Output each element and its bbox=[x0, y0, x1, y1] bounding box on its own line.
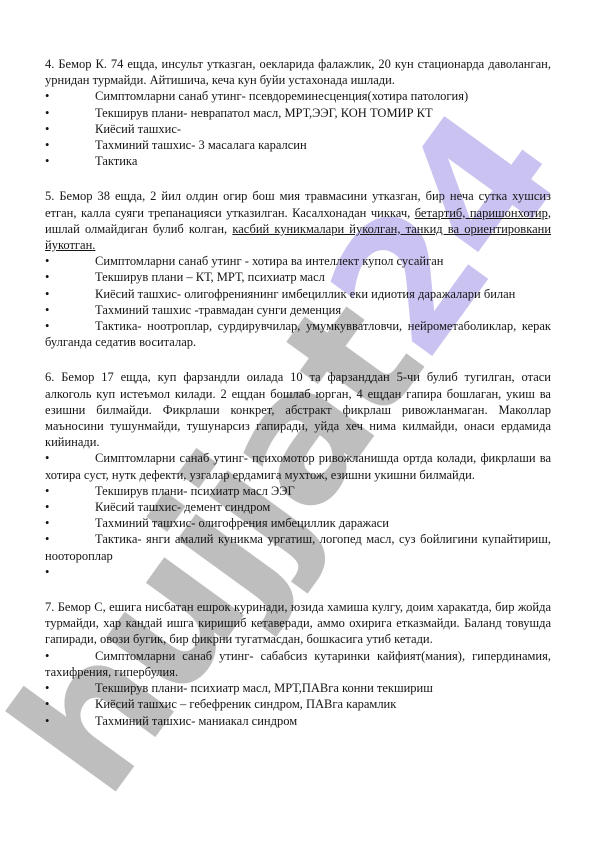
case-intro: 6. Бемор 17 ещда, куп фарзандли оилада 1… bbox=[45, 369, 551, 450]
bullet-text: Тахминий ташхис- маниакал синдром bbox=[95, 714, 297, 728]
case-intro: 4. Бемор К. 74 ещда, инсульт утказган, о… bbox=[45, 56, 551, 88]
bullet-marker-icon: • bbox=[45, 153, 49, 169]
bullet-text: Текширув плани- психиатр масл, МРТ,ПАВга… bbox=[95, 681, 433, 695]
bullet-text: Симптомларни санаб утинг- псевдореминесц… bbox=[95, 89, 468, 103]
bullet-marker-icon: • bbox=[45, 105, 49, 121]
bullet-item: •Тактика- янги амалий куникма ургатиш, л… bbox=[45, 531, 551, 563]
bullet-marker-icon: • bbox=[45, 483, 49, 499]
case-intro: 7. Бемор С, ешига нисбатан ешрок куринад… bbox=[45, 599, 551, 648]
bullet-marker-icon: • bbox=[45, 648, 49, 664]
bullet-item: •Киёсий ташхис – гебефреник синдром, ПАВ… bbox=[45, 696, 551, 712]
text-run: 4. Бемор К. 74 ещда, инсульт утказган, о… bbox=[45, 57, 551, 87]
bullet-marker-icon: • bbox=[45, 269, 49, 285]
bullet-item: •Симптомларни санаб утинг- психомотор ри… bbox=[45, 450, 551, 482]
bullet-text: Текширув плани- психиатр масл ЭЭГ bbox=[95, 484, 295, 498]
bullet-marker-icon: • bbox=[45, 680, 49, 696]
bullet-item: •Симптомларни санаб утинг - хотира ва ин… bbox=[45, 253, 551, 269]
bullet-text: Симптомларни санаб утинг- психомотор рив… bbox=[45, 451, 551, 481]
bullet-text: Тактика- янги амалий куникма ургатиш, ло… bbox=[45, 532, 551, 562]
bullet-item: •Киёсий ташхис- олигофрениянинг имбецилл… bbox=[45, 286, 551, 302]
bullet-text: Тахминий ташхис- 3 масалага каралсин bbox=[95, 138, 307, 152]
bullet-item: •Симптомларни санаб утинг- сабабсиз кута… bbox=[45, 648, 551, 680]
bullet-item: •Киёсий ташхис- демент синдром bbox=[45, 499, 551, 515]
bullet-item: •Тахминий ташхис -травмадан сунги деменц… bbox=[45, 302, 551, 318]
case-section-case-7: 7. Бемор С, ешига нисбатан ешрок куринад… bbox=[45, 599, 551, 729]
bullet-marker-icon: • bbox=[45, 318, 49, 334]
bullet-text: Симптомларни санаб утинг - хотира ва инт… bbox=[95, 254, 443, 268]
bullet-text: Симптомларни санаб утинг- сабабсиз кутар… bbox=[45, 649, 551, 679]
bullet-item: • bbox=[45, 564, 551, 580]
bullet-marker-icon: • bbox=[45, 696, 49, 712]
text-run: ишлай олмайдиган булиб колган, bbox=[45, 222, 232, 236]
bullet-item: •Тахминий ташхис- олигофрения имбециллик… bbox=[45, 515, 551, 531]
document-body: 4. Бемор К. 74 ещда, инсульт утказган, о… bbox=[45, 56, 551, 729]
bullet-text: Тактика- ноотроплар, сурдирувчилар, умум… bbox=[45, 319, 551, 349]
text-run: 6. Бемор 17 ещда, куп фарзандли оилада 1… bbox=[45, 370, 551, 449]
document-page: hujjat24 4. Бемор К. 74 ещда, инсульт ут… bbox=[0, 0, 596, 842]
bullet-item: •Тахминий ташхис- 3 масалага каралсин bbox=[45, 137, 551, 153]
bullet-item: •Текширув плани- неврапатол масл, МРТ,ЭЭ… bbox=[45, 105, 551, 121]
bullet-text: Тахминий ташхис -травмадан сунги деменци… bbox=[95, 303, 341, 317]
bullet-text: Киёсий ташхис- bbox=[95, 122, 181, 136]
bullet-marker-icon: • bbox=[45, 515, 49, 531]
bullet-marker-icon: • bbox=[45, 137, 49, 153]
text-run: 7. Бемор С, ешига нисбатан ешрок куринад… bbox=[45, 600, 551, 646]
bullet-item: •Тахминий ташхис- маниакал синдром bbox=[45, 713, 551, 729]
bullet-marker-icon: • bbox=[45, 499, 49, 515]
case-section-case-4: 4. Бемор К. 74 ещда, инсульт утказган, о… bbox=[45, 56, 551, 169]
bullet-marker-icon: • bbox=[45, 88, 49, 104]
bullet-item: •Текширув плани- психиатр масл, МРТ,ПАВг… bbox=[45, 680, 551, 696]
bullet-item: •Тактика- ноотроплар, сурдирувчилар, уму… bbox=[45, 318, 551, 350]
bullet-item: •Киёсий ташхис- bbox=[45, 121, 551, 137]
bullet-text: Тахминий ташхис- олигофрения имбециллик … bbox=[95, 516, 389, 530]
bullet-item: •Тактика bbox=[45, 153, 551, 169]
bullet-text: Киёсий ташхис- олигофрениянинг имбецилли… bbox=[95, 287, 515, 301]
case-section-case-6: 6. Бемор 17 ещда, куп фарзандли оилада 1… bbox=[45, 369, 551, 580]
bullet-marker-icon: • bbox=[45, 302, 49, 318]
bullet-text: Тактика bbox=[95, 154, 137, 168]
bullet-item: •Симптомларни санаб утинг- псевдореминес… bbox=[45, 88, 551, 104]
bullet-text: Текширув плани – КТ, МРТ, психиатр масл bbox=[95, 270, 325, 284]
bullet-marker-icon: • bbox=[45, 450, 49, 466]
case-section-case-5: 5. Бемор 38 ещда, 2 йил олдин огир бош м… bbox=[45, 188, 551, 350]
bullet-marker-icon: • bbox=[45, 531, 49, 547]
bullet-item: •Текширув плани – КТ, МРТ, психиатр масл bbox=[45, 269, 551, 285]
bullet-marker-icon: • bbox=[45, 121, 49, 137]
bullet-marker-icon: • bbox=[45, 286, 49, 302]
bullet-marker-icon: • bbox=[45, 564, 49, 580]
underlined-text: бетартиб, паришонхотир, bbox=[415, 206, 551, 220]
bullet-item: •Текширув плани- психиатр масл ЭЭГ bbox=[45, 483, 551, 499]
bullet-text: Текширув плани- неврапатол масл, МРТ,ЭЭГ… bbox=[95, 106, 433, 120]
bullet-marker-icon: • bbox=[45, 713, 49, 729]
bullet-text: Киёсий ташхис – гебефреник синдром, ПАВг… bbox=[95, 697, 396, 711]
bullet-marker-icon: • bbox=[45, 253, 49, 269]
bullet-text: Киёсий ташхис- демент синдром bbox=[95, 500, 270, 514]
case-intro: 5. Бемор 38 ещда, 2 йил олдин огир бош м… bbox=[45, 188, 551, 253]
